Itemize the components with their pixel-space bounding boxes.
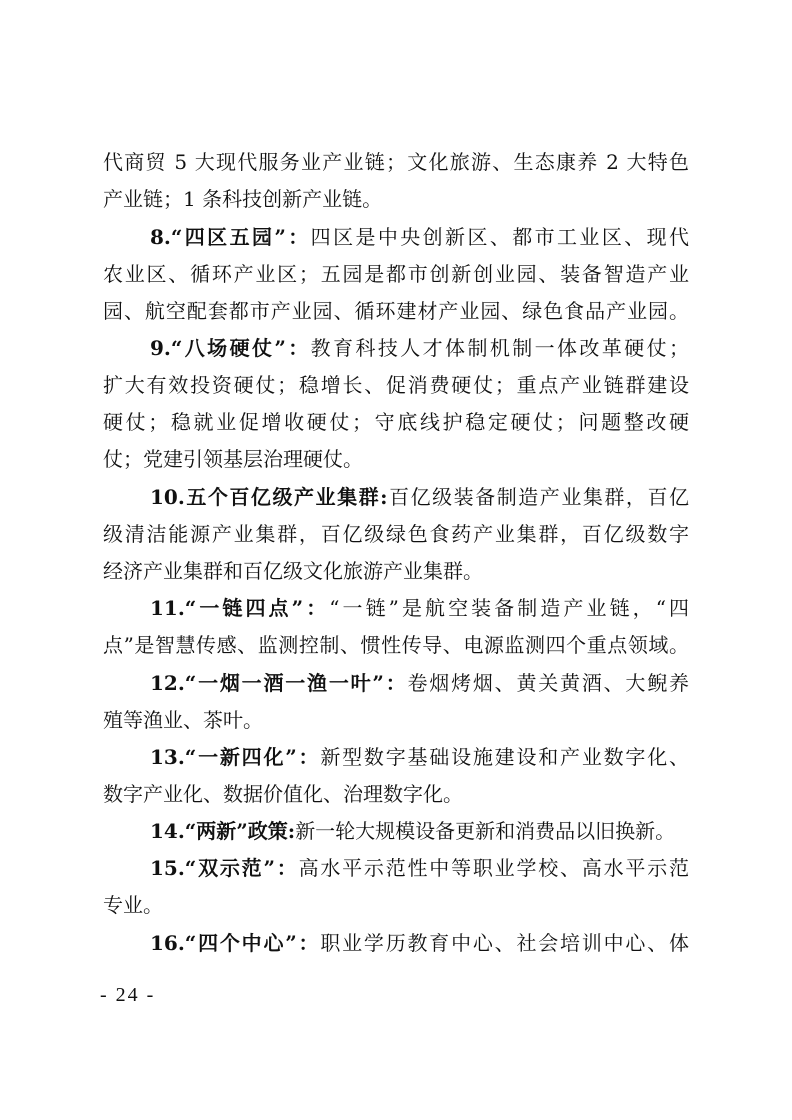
line-text: 卷烟烤烟、黄关黄酒、大鲵养 — [408, 671, 690, 695]
item-8-heading-line: 8.“四区五园”：四区是中央创新区、都市工业区、现代 — [150, 222, 689, 252]
item-heading: 15.“双示范”： — [150, 856, 299, 880]
text-line: 级清洁能源产业集群，百亿级绿色食药产业集群，百亿级数字 — [103, 519, 689, 549]
text-line: 扩大有效投资硬仗；稳增长、促消费硬仗；重点产业链群建设 — [103, 370, 689, 400]
item-12-heading-line: 12.“一烟一酒一渔一叶”：卷烟烤烟、黄关黄酒、大鲵养 — [150, 668, 689, 698]
text-line: 农业区、循环产业区；五园是都市创新创业园、装备智造产业 — [103, 259, 689, 289]
text-line: 产业链；1 条科技创新产业链。 — [103, 184, 689, 214]
line-text: 四区是中央创新区、都市工业区、现代 — [311, 225, 689, 249]
item-heading: 16.“四个中心”： — [150, 931, 320, 955]
item-heading: 9.“八场硬仗”： — [150, 336, 311, 360]
text-line: 殖等渔业、茶叶。 — [103, 705, 689, 735]
item-16-heading-line: 16.“四个中心”：职业学历教育中心、社会培训中心、体 — [150, 928, 689, 958]
text-line: 专业。 — [103, 890, 689, 920]
line-text: 仗；党建引领基层治理硬仗。 — [103, 447, 363, 471]
item-10-heading-line: 10.五个百亿级产业集群:百亿级装备制造产业集群，百亿 — [150, 482, 689, 512]
page-number: - 24 - — [100, 982, 155, 1008]
text-line: 数字产业化、数据价值化、治理数字化。 — [103, 779, 689, 809]
line-text: 扩大有效投资硬仗；稳增长、促消费硬仗；重点产业链群建设 — [103, 373, 689, 397]
text-line: 硬仗；稳就业促增收硬仗；守底线护稳定硬仗；问题整改硬 — [103, 407, 689, 437]
line-text: 教育科技人才体制机制一体改革硬仗； — [311, 336, 689, 360]
line-text: 经济产业集群和百亿级文化旅游产业集群。 — [103, 559, 483, 583]
item-15-heading-line: 15.“双示范”：高水平示范性中等职业学校、高水平示范 — [150, 853, 689, 883]
line-text: 新型数字基础设施建设和产业数字化、 — [320, 745, 689, 769]
line-text: 硬仗；稳就业促增收硬仗；守底线护稳定硬仗；问题整改硬 — [103, 410, 689, 434]
line-text: 农业区、循环产业区；五园是都市创新创业园、装备智造产业 — [103, 262, 689, 286]
item-heading: 12.“一烟一酒一渔一叶”： — [150, 671, 408, 695]
line-text: 高水平示范性中等职业学校、高水平示范 — [299, 856, 689, 880]
item-9-heading-line: 9.“八场硬仗”：教育科技人才体制机制一体改革硬仗； — [150, 333, 689, 363]
line-text: 园、航空配套都市产业园、循环建材产业园、绿色食品产业园。 — [103, 299, 689, 323]
text-line: 点”是智慧传感、监测控制、惯性传导、电源监测四个重点领域。 — [103, 630, 689, 660]
item-11-heading-line: 11.“一链四点”：“一链”是航空装备制造产业链，“四 — [150, 593, 689, 623]
line-text: 专业。 — [103, 893, 163, 917]
text-line: 园、航空配套都市产业园、循环建材产业园、绿色食品产业园。 — [103, 296, 689, 326]
line-text: 点”是智慧传感、监测控制、惯性传导、电源监测四个重点领域。 — [103, 633, 689, 657]
item-heading: 11.“一链四点”： — [150, 596, 329, 620]
item-heading: 13.“一新四化”： — [150, 745, 320, 769]
document-page: 代商贸 5 大现代服务业产业链；文化旅游、生态康养 2 大特色 产业链；1 条科… — [0, 0, 792, 1120]
item-13-heading-line: 13.“一新四化”：新型数字基础设施建设和产业数字化、 — [150, 742, 689, 772]
line-text: 职业学历教育中心、社会培训中心、体 — [320, 931, 689, 955]
item-heading: 8.“四区五园”： — [150, 225, 311, 249]
line-text: 产业链；1 条科技创新产业链。 — [103, 187, 382, 211]
line-text: 新一轮大规模设备更新和消费品以旧换新。 — [295, 819, 675, 843]
line-text: 代商贸 5 大现代服务业产业链；文化旅游、生态康养 2 大特色 — [103, 150, 689, 174]
line-text: 殖等渔业、茶叶。 — [103, 708, 263, 732]
line-text: 百亿级装备制造产业集群，百亿 — [388, 485, 689, 509]
text-line: 仗；党建引领基层治理硬仗。 — [103, 444, 689, 474]
item-heading: 14.“两新”政策: — [150, 819, 295, 843]
text-line: 代商贸 5 大现代服务业产业链；文化旅游、生态康养 2 大特色 — [103, 147, 689, 177]
item-14-heading-line: 14.“两新”政策:新一轮大规模设备更新和消费品以旧换新。 — [150, 816, 689, 846]
line-text: 级清洁能源产业集群，百亿级绿色食药产业集群，百亿级数字 — [103, 522, 689, 546]
line-text: “一链”是航空装备制造产业链，“四 — [329, 596, 689, 620]
text-line: 经济产业集群和百亿级文化旅游产业集群。 — [103, 556, 689, 586]
line-text: 数字产业化、数据价值化、治理数字化。 — [103, 782, 463, 806]
item-heading: 10.五个百亿级产业集群: — [150, 485, 388, 509]
